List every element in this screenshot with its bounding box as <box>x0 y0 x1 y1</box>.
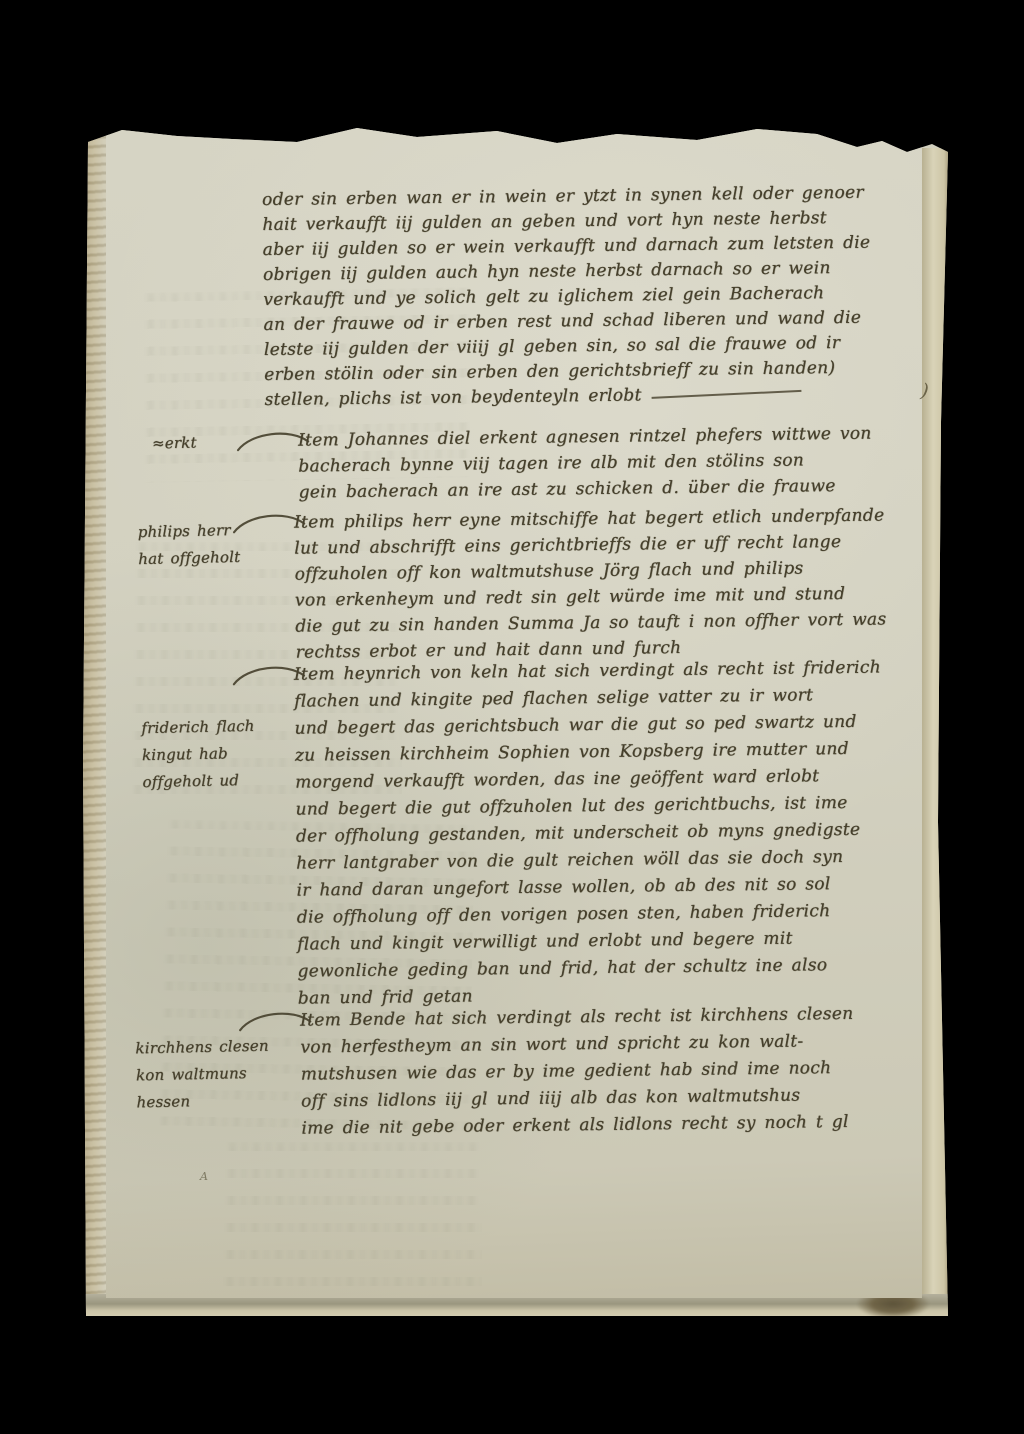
text-block: oder sin erben wan er in wein er ytzt in… <box>105 114 935 1300</box>
marginal-note: kirchhens clesenkon waltmunshessen <box>135 1033 270 1117</box>
opening-flourish-icon <box>234 429 312 454</box>
marginal-note: philips herrhat offgeholt <box>137 517 240 573</box>
opening-flourish-icon <box>230 512 308 537</box>
page-surface: oder sin erben wan er in wein er ytzt in… <box>106 122 922 1298</box>
marginal-note-line: kingut hab <box>142 740 256 769</box>
opening-flourish-icon <box>236 1009 314 1034</box>
photo-stage: oder sin erben wan er in wein er ytzt in… <box>0 0 1024 1434</box>
manuscript-line: gein bacherach an ire ast zu schicken d.… <box>299 473 873 506</box>
deckle-edge-left <box>82 128 108 1312</box>
marginal-note-line: kirchhens clesen <box>135 1033 269 1063</box>
marginal-note-line: kon waltmuns <box>136 1060 270 1090</box>
marginal-note: friderich flachkingut haboffgeholt ud <box>141 713 256 796</box>
manuscript-line: ime die nit gebe oder erkent als lidlons… <box>301 1109 855 1143</box>
marginal-note-line: ≈erkt <box>152 430 197 458</box>
foot-mark: A <box>200 1170 208 1183</box>
marginal-note-line: hessen <box>136 1087 270 1117</box>
opening-flourish-icon <box>230 664 308 689</box>
marginal-note-line: offgeholt ud <box>142 767 256 796</box>
paragraph: Item philips herr eyne mitschiffe hat be… <box>294 502 887 665</box>
marginal-note: ≈erkt <box>152 430 197 458</box>
marginal-note-line: philips herr <box>137 517 240 546</box>
paragraph: Item heynrich von keln hat sich verdingt… <box>294 655 885 1013</box>
marginal-note-line: hat offgeholt <box>138 544 241 573</box>
paragraph: Item Johannes diel erkent agnesen rintze… <box>298 421 873 506</box>
marginal-note-line: friderich flach <box>141 713 255 742</box>
paragraph: oder sin erben wan er in wein er ytzt in… <box>262 181 872 413</box>
manuscript-page: oder sin erben wan er in wein er ytzt in… <box>82 122 948 1316</box>
paragraph: Item Bende hat sich verdingt als recht i… <box>300 1001 855 1143</box>
